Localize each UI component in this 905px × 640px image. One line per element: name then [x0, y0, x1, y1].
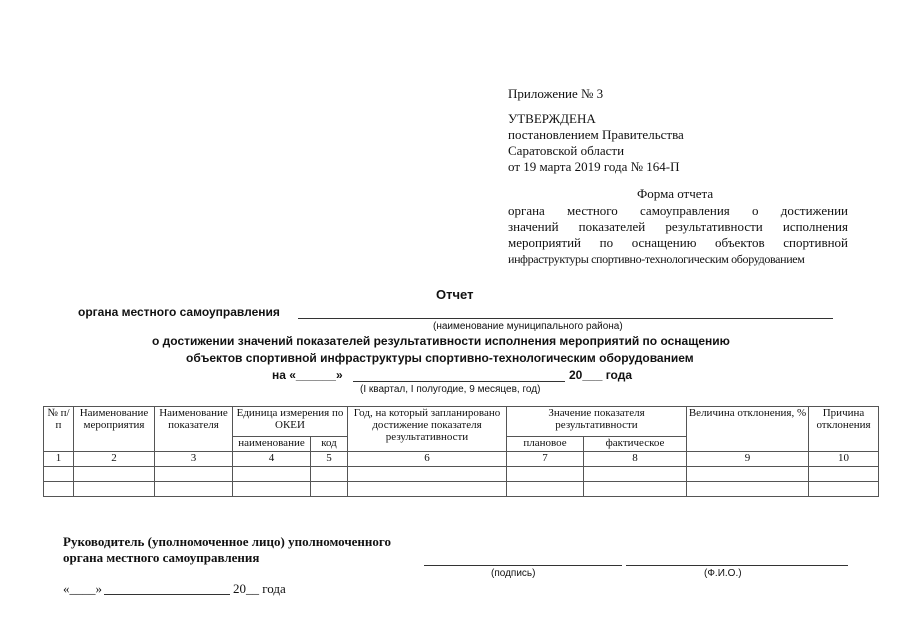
- header-event: Наименование мероприятия: [74, 407, 155, 452]
- column-number: 8: [584, 452, 687, 467]
- table-cell[interactable]: [584, 467, 687, 482]
- header-reason: Причина отклонения: [809, 407, 879, 452]
- header-value-actual: фактическое: [584, 437, 687, 452]
- report-title: Отчет: [436, 287, 473, 303]
- period-hint: (I квартал, I полугодие, 9 месяцев, год): [360, 384, 540, 396]
- form-desc-line-1: органа местного самоуправления о достиже…: [508, 203, 848, 219]
- table-cell[interactable]: [348, 482, 507, 497]
- table-cell[interactable]: [155, 467, 233, 482]
- signature-field[interactable]: [424, 565, 622, 566]
- column-number: 10: [809, 452, 879, 467]
- header-unit-group: Единица измерения по ОКЕИ: [233, 407, 348, 437]
- signature-hint: (подпись): [491, 568, 535, 580]
- table-cell[interactable]: [507, 482, 584, 497]
- table-cell[interactable]: [74, 482, 155, 497]
- column-number: 9: [687, 452, 809, 467]
- appendix-number: Приложение № 3: [508, 86, 603, 102]
- table-cell[interactable]: [507, 467, 584, 482]
- table-cell[interactable]: [233, 467, 311, 482]
- footer-date-month-field[interactable]: [104, 594, 230, 595]
- column-number: 7: [507, 452, 584, 467]
- signer-line-1: Руководитель (уполномоченное лицо) уполн…: [63, 534, 391, 550]
- form-desc-line-4: инфраструктуры спортивно-технологическим…: [508, 252, 805, 267]
- column-number: 5: [311, 452, 348, 467]
- column-number: 1: [44, 452, 74, 467]
- column-number-row: 1 2 3 4 5 6 7 8 9 10: [44, 452, 879, 467]
- table-cell[interactable]: [311, 467, 348, 482]
- organ-label: органа местного самоуправления: [78, 305, 280, 320]
- approved-by-line-1: постановлением Правительства: [508, 127, 684, 143]
- table-cell[interactable]: [348, 467, 507, 482]
- header-value-planned: плановое: [507, 437, 584, 452]
- column-number: 4: [233, 452, 311, 467]
- form-title: Форма отчета: [637, 186, 713, 202]
- report-subtitle-2: объектов спортивной инфраструктуры спорт…: [186, 351, 694, 366]
- footer-date-day: «____»: [63, 581, 102, 597]
- table-cell[interactable]: [687, 467, 809, 482]
- organ-name-field[interactable]: [298, 318, 833, 319]
- header-unit-code: код: [311, 437, 348, 452]
- table-cell[interactable]: [809, 482, 879, 497]
- name-hint: (Ф.И.О.): [704, 568, 742, 580]
- table-row: [44, 467, 879, 482]
- approved-stamp: УТВЕРЖДЕНА: [508, 111, 596, 127]
- table-cell[interactable]: [44, 467, 74, 482]
- approved-by-line-2: Саратовской области: [508, 143, 624, 159]
- table-row: [44, 482, 879, 497]
- report-subtitle-1: о достижении значений показателей резуль…: [152, 334, 730, 349]
- table-cell[interactable]: [809, 467, 879, 482]
- column-number: 3: [155, 452, 233, 467]
- column-number: 2: [74, 452, 155, 467]
- header-indicator: Наименование показателя: [155, 407, 233, 452]
- column-number: 6: [348, 452, 507, 467]
- table-cell[interactable]: [74, 467, 155, 482]
- header-value-group: Значение показателя результативности: [507, 407, 687, 437]
- header-deviation: Величина отклонения, %: [687, 407, 809, 452]
- report-date-month-field[interactable]: [353, 381, 565, 382]
- report-date-year: 20___ года: [569, 368, 632, 383]
- table-cell[interactable]: [311, 482, 348, 497]
- header-num: № п/п: [44, 407, 74, 452]
- header-year: Год, на который запланировано достижение…: [348, 407, 507, 452]
- header-unit-name: наименование: [233, 437, 311, 452]
- form-desc-line-3: мероприятий по оснащению объектов спорти…: [508, 235, 848, 251]
- name-field[interactable]: [626, 565, 848, 566]
- approved-date: от 19 марта 2019 года № 164-П: [508, 159, 680, 175]
- table-cell[interactable]: [44, 482, 74, 497]
- table-cell[interactable]: [155, 482, 233, 497]
- form-desc-line-2: значений показателей результативности ис…: [508, 219, 848, 235]
- table-cell[interactable]: [687, 482, 809, 497]
- report-date-prefix: на «______»: [272, 368, 343, 383]
- report-table: № п/п Наименование мероприятия Наименова…: [43, 406, 879, 497]
- table-cell[interactable]: [584, 482, 687, 497]
- organ-hint: (наименование муниципального района): [433, 321, 623, 333]
- signer-line-2: органа местного самоуправления: [63, 550, 259, 566]
- footer-date-year: 20__ года: [233, 581, 286, 597]
- table-cell[interactable]: [233, 482, 311, 497]
